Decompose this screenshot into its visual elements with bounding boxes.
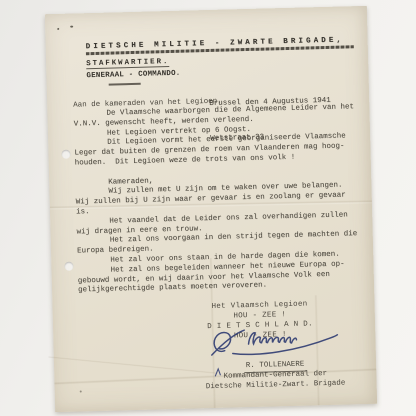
dash-rule — [109, 83, 141, 85]
letter-document: DIETSCHE MILITIE - ZWARTE BRIGADE, STAFK… — [45, 6, 377, 412]
punch-hole-bottom — [64, 262, 73, 271]
signature-block: R. TOLLENAERE Kommandant-Generaal der Di… — [195, 358, 356, 393]
photo-backdrop: DIETSCHE MILITIE - ZWARTE BRIGADE, STAFK… — [0, 0, 416, 416]
punch-hole-top — [61, 150, 70, 159]
department-label: STAFKWARTIER. — [86, 58, 169, 70]
fold-crease — [48, 356, 217, 374]
ink-speck — [70, 26, 73, 28]
ink-speck — [57, 28, 59, 30]
handwritten-signature — [208, 325, 341, 362]
letter-body: De Vlaamsche waarborgen die de Algemeene… — [73, 103, 370, 297]
ink-speck — [80, 390, 82, 392]
